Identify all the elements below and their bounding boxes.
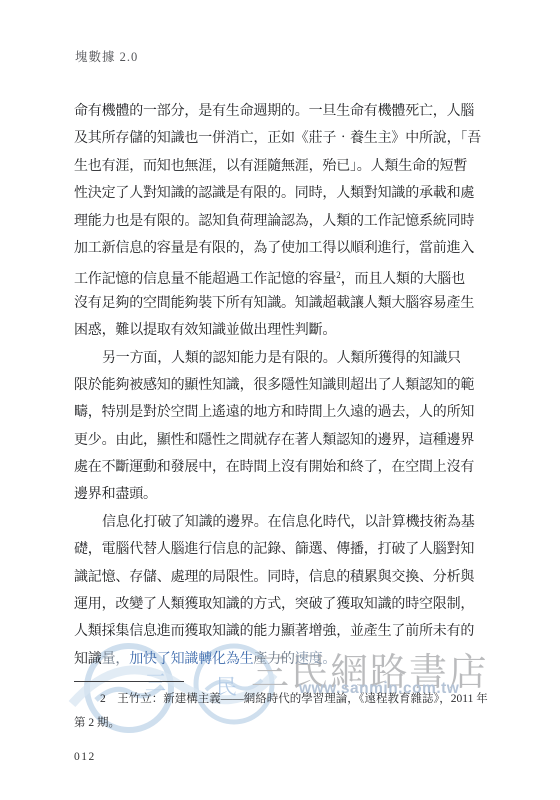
text-line: 理能力也是有限的。認知負荷理論認為，人類的工作記憶系統同時 bbox=[74, 208, 504, 235]
text-segment: 另一方面，人類的認知能力是有限的。人類所獲得的知識只 bbox=[102, 351, 461, 366]
text-line: 處在不斷運動和發展中，在時間上沒有開始和終了，在空間上沒有 bbox=[74, 454, 504, 481]
text-line: 疇，特別是對於空間上遙遠的地方和時間上久遠的過去，人的所知 bbox=[74, 399, 504, 426]
text-segment: 命有機體的一部分，是有生命週期的。一旦生命有機體死亡，人腦 bbox=[74, 104, 474, 119]
body-text: 命有機體的一部分，是有生命週期的。一旦生命有機體死亡，人腦及其所存儲的知識也一併… bbox=[74, 98, 504, 673]
text-line: 困惑，難以提取有效知識並做出理性判斷。 bbox=[74, 317, 504, 344]
text-line: 生也有涯，而知也無涯，以有涯隨無涯，殆已」。人類生命的短暫 bbox=[74, 153, 504, 180]
text-segment: 沒有足夠的空間能夠裝下所有知識。知識超載讓人類大腦容易產生 bbox=[74, 296, 474, 311]
text-segment: 困惑，難以提取有效知識並做出理性判斷。 bbox=[74, 323, 336, 338]
text-segment: 限於能夠被感知的顯性知識，很多隱性知識則超出了人類認知的範 bbox=[74, 378, 474, 393]
text-line: 另一方面，人類的認知能力是有限的。人類所獲得的知識只 bbox=[74, 345, 504, 372]
text-line: 限於能夠被感知的顯性知識，很多隱性知識則超出了人類認知的範 bbox=[74, 372, 504, 399]
text-line: 沒有足夠的空間能夠裝下所有知識。知識超載讓人類大腦容易產生 bbox=[74, 290, 504, 317]
text-segment: 理能力也是有限的。認知負荷理論認為，人類的工作記憶系統同時 bbox=[74, 214, 474, 229]
text-segment: 礎，電腦代替人腦進行信息的記錄、篩選、傳播，打破了人腦對知 bbox=[74, 542, 474, 557]
text-segment: 知識 bbox=[74, 652, 102, 667]
text-segment: 速度。 bbox=[295, 652, 336, 667]
text-line: 知識量，加快了知識轉化為生產力的速度。 bbox=[74, 646, 504, 673]
text-segment: 及其所存儲的知識也一併消亡，正如《莊子‧養生主》中所說，「吾 bbox=[74, 131, 481, 146]
text-line: 工作記憶的信息量不能超過工作記憶的容量2，而且人類的大腦也 bbox=[74, 262, 504, 289]
text-segment: ，而且人類的大腦也 bbox=[341, 272, 465, 287]
book-page: 三 民 三民網路書店 www.sanmin.com.tw 塊數據 2.0 命有機… bbox=[0, 0, 560, 800]
text-segment: 邊界和盡頭。 bbox=[74, 487, 157, 502]
text-segment: 更少。由此，顯性和隱性之間就存在著人類認知的邊界，這種邊界 bbox=[74, 433, 474, 448]
text-line: 性決定了人對知識的認識是有限的。同時，人類對知識的承載和處 bbox=[74, 180, 504, 207]
text-line: 邊界和盡頭。 bbox=[74, 481, 504, 508]
running-header-title: 塊數據 2.0 bbox=[75, 47, 138, 65]
text-segment: 第 2 期。 bbox=[74, 717, 120, 729]
footnote-separator bbox=[74, 681, 184, 682]
text-segment: 信息化打破了知識的邊界。在信息化時代，以計算機技術為基 bbox=[102, 515, 475, 530]
text-segment: 產力的 bbox=[253, 652, 294, 667]
text-segment: 加工新信息的容量是有限的，為了使加工得以順利進行，當前進入 bbox=[74, 241, 474, 256]
text-line: 運用，改變了人類獲取知識的方式，突破了獲取知識的時空限制， bbox=[74, 591, 504, 618]
text-line: 2 王竹立：新建構主義——網絡時代的學習理論，《遠程教育雜誌》，2011 年 bbox=[74, 687, 514, 711]
text-segment: 量， bbox=[102, 652, 130, 667]
text-segment: 生也有涯，而知也無涯，以有涯隨無涯，殆已」。人類生命的短暫 bbox=[74, 159, 467, 174]
text-line: 信息化打破了知識的邊界。在信息化時代，以計算機技術為基 bbox=[74, 509, 504, 536]
text-segment: 人類採集信息進而獲取知識的能力顯著增強，並產生了前所未有的 bbox=[74, 624, 474, 639]
page-number: 012 bbox=[74, 751, 96, 763]
text-line: 礎，電腦代替人腦進行信息的記錄、篩選、傳播，打破了人腦對知 bbox=[74, 536, 504, 563]
text-line: 更少。由此，顯性和隱性之間就存在著人類認知的邊界，這種邊界 bbox=[74, 427, 504, 454]
text-segment: 加快了知識轉化為生 bbox=[129, 652, 253, 667]
text-segment: 運用，改變了人類獲取知識的方式，突破了獲取知識的時空限制， bbox=[74, 597, 474, 612]
text-line: 加工新信息的容量是有限的，為了使加工得以順利進行，當前進入 bbox=[74, 235, 504, 262]
text-line: 命有機體的一部分，是有生命週期的。一旦生命有機體死亡，人腦 bbox=[74, 98, 504, 125]
text-segment: 工作記憶的信息量不能超過工作記憶的容量 bbox=[74, 272, 336, 287]
text-line: 及其所存儲的知識也一併消亡，正如《莊子‧養生主》中所說，「吾 bbox=[74, 125, 504, 152]
text-line: 識記憶、存儲、處理的局限性。同時，信息的積累與交換、分析與 bbox=[74, 564, 504, 591]
text-segment: 疇，特別是對於空間上遙遠的地方和時間上久遠的過去，人的所知 bbox=[74, 405, 474, 420]
footnote: 2 王竹立：新建構主義——網絡時代的學習理論，《遠程教育雜誌》，2011 年第 … bbox=[74, 687, 514, 735]
text-segment: 處在不斷運動和發展中，在時間上沒有開始和終了，在空間上沒有 bbox=[74, 460, 474, 475]
text-segment: 識記憶、存儲、處理的局限性。同時，信息的積累與交換、分析與 bbox=[74, 570, 474, 585]
text-line: 人類採集信息進而獲取知識的能力顯著增強，並產生了前所未有的 bbox=[74, 618, 504, 645]
text-line: 第 2 期。 bbox=[74, 711, 514, 735]
text-segment: 2 王竹立：新建構主義——網絡時代的學習理論，《遠程教育雜誌》，2011 年 bbox=[100, 693, 488, 705]
text-segment: 性決定了人對知識的認識是有限的。同時，人類對知識的承載和處 bbox=[74, 186, 474, 201]
